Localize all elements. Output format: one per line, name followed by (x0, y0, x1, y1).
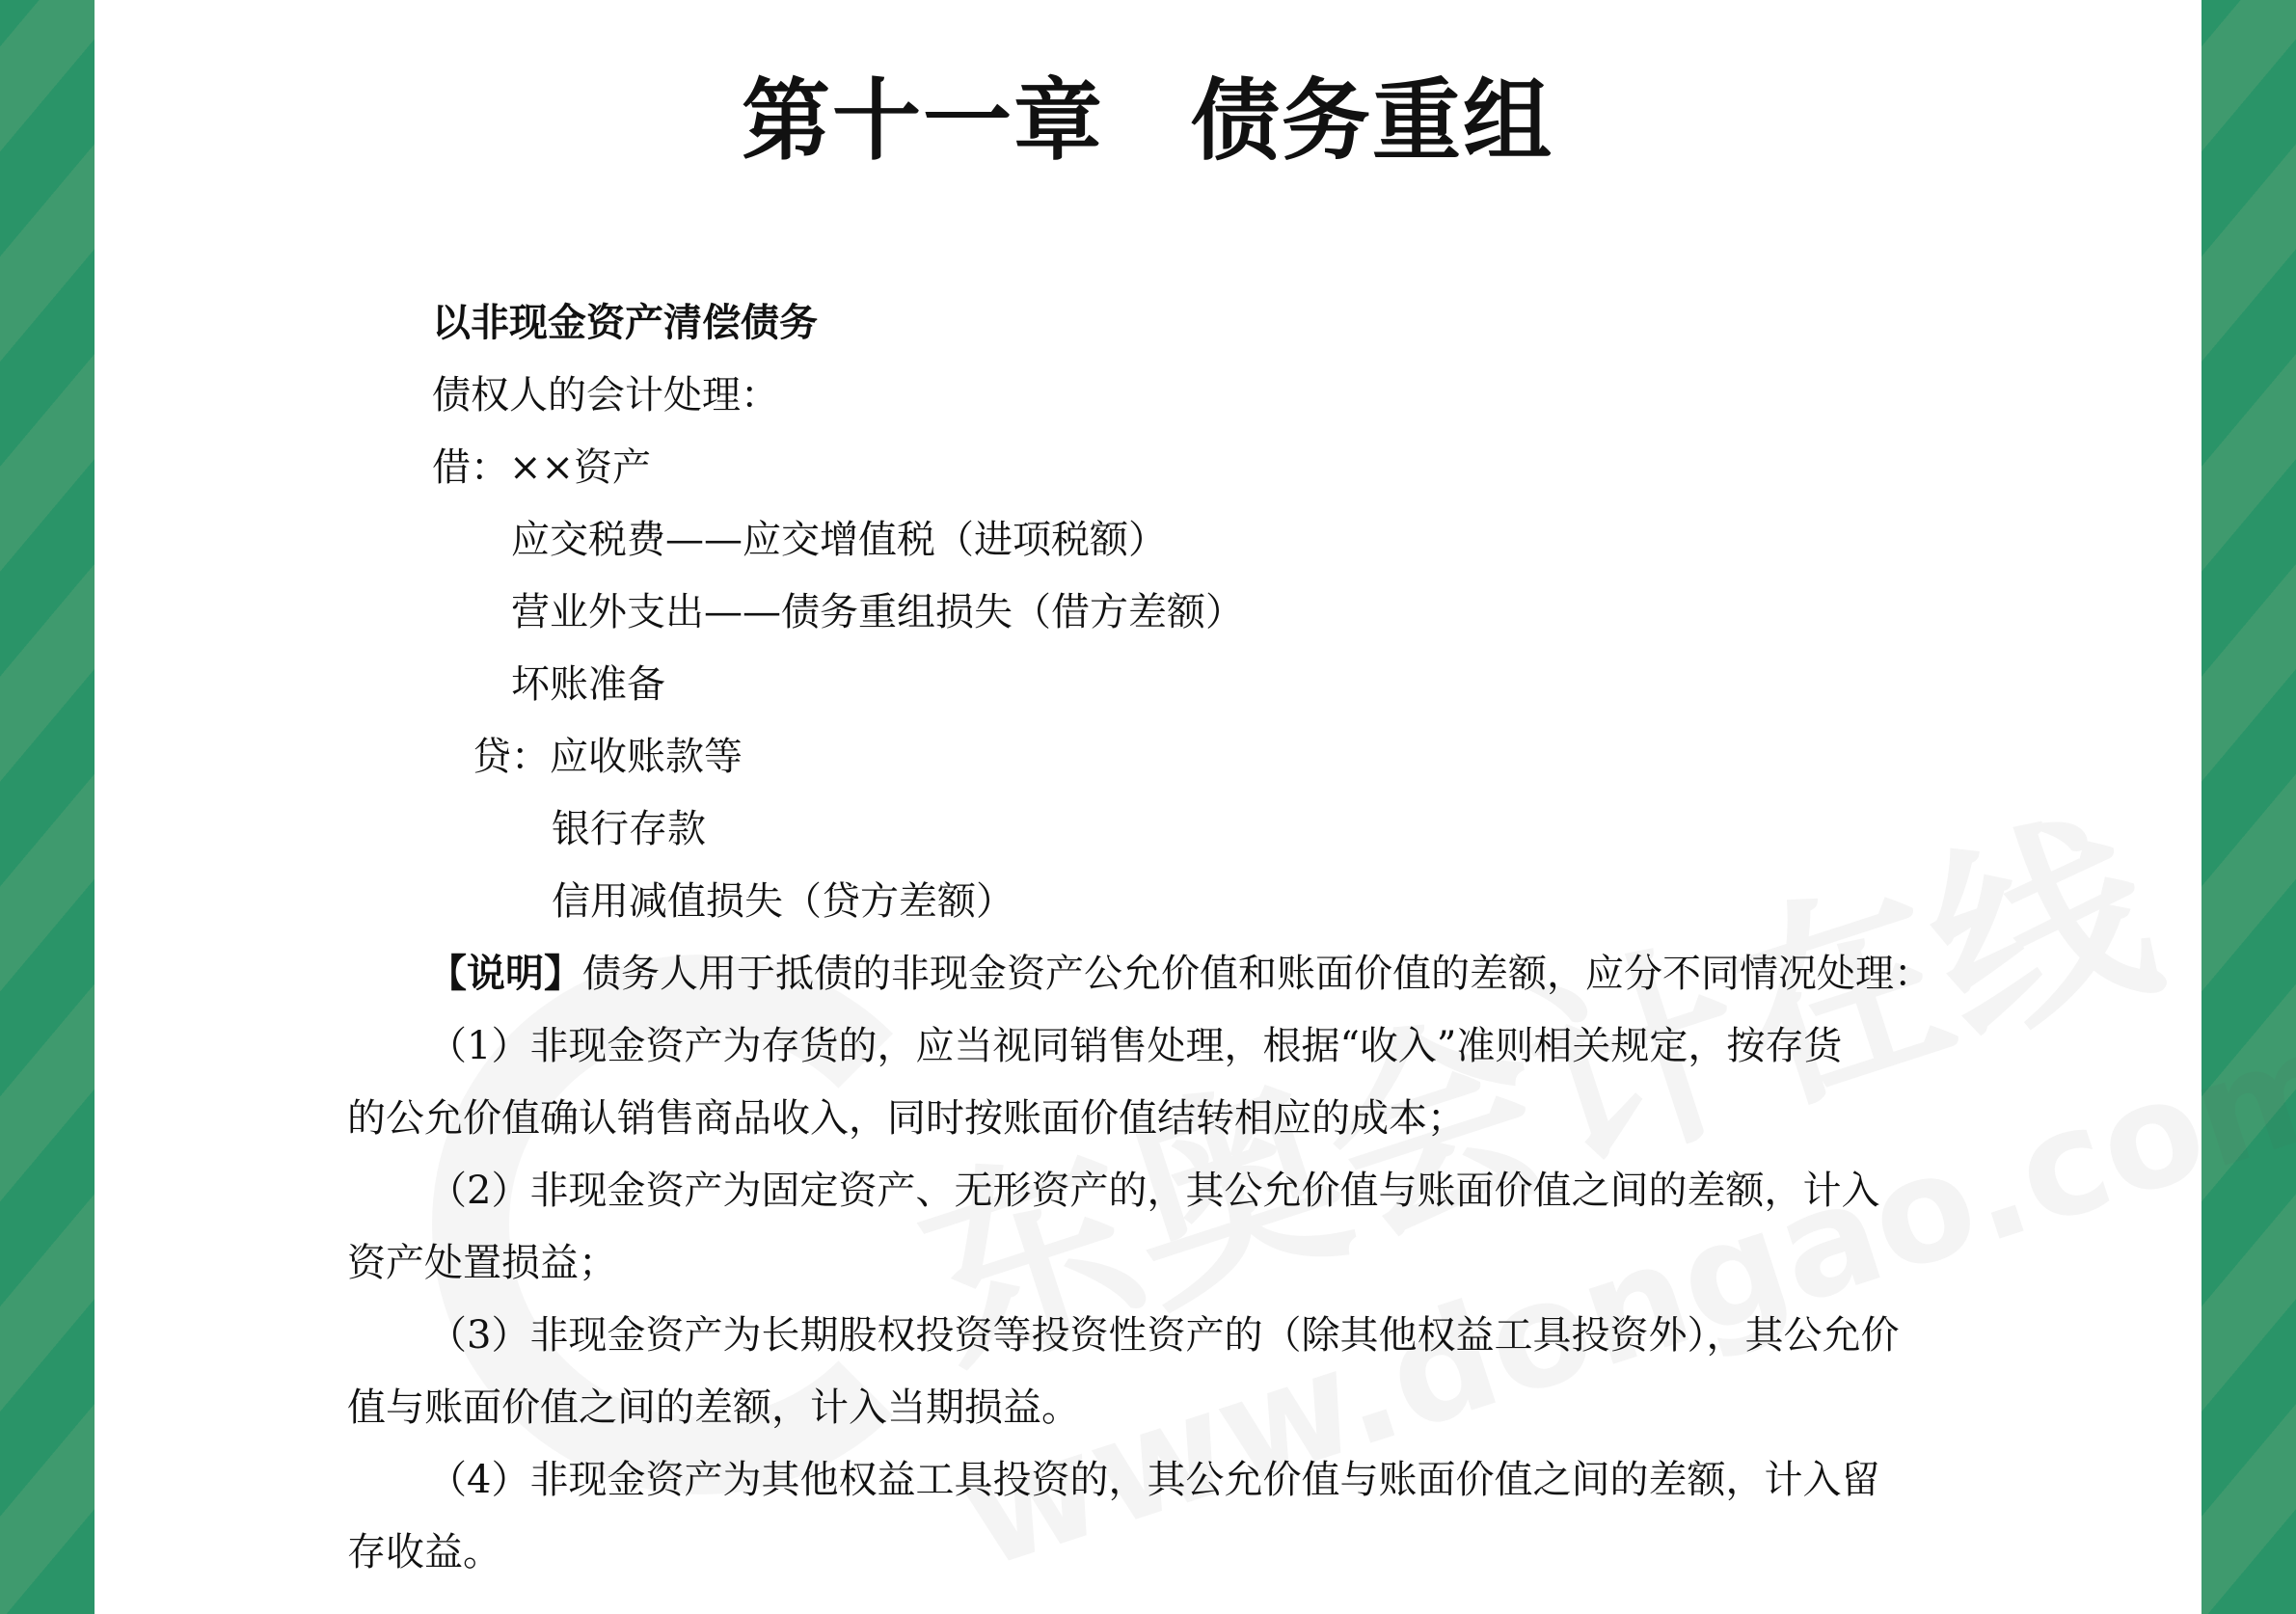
note-item-1-line1: （1）非现金资产为存货的，应当视同销售处理，根据“收入”准则相关规定，按存货 (428, 1022, 1842, 1070)
credit-line: 贷：应收账款等 (473, 733, 743, 781)
chapter-number: 第十一章 (742, 69, 1104, 173)
watermark-url: www.dongao.com (943, 996, 2296, 1601)
credit-label: 贷： (473, 735, 550, 779)
credit-item: 信用减值损失（贷方差额） (552, 877, 1014, 926)
debit-item: ××资产 (509, 445, 651, 490)
note-item-2-line2: 资产处置损益； (347, 1239, 617, 1287)
note-item-4-line2: 存收益。 (347, 1528, 501, 1576)
document-page: 东奥会计在线 www.dongao.com 第十一章债务重组 以非现金资产清偿债… (95, 0, 2201, 1614)
right-green-border (2201, 0, 2296, 1614)
section-title: 以非现金资产清偿债务 (432, 299, 818, 347)
chapter-title: 第十一章债务重组 (95, 50, 2201, 177)
debit-item: 坏账准备 (511, 660, 665, 709)
note-item-4-line1: （4）非现金资产为其他权益工具投资的，其公允价值与账面价值之间的差额，计入留 (428, 1456, 1879, 1504)
note-item-2-line1: （2）非现金资产为固定资产、无形资产的，其公允价值与账面价值之间的差额，计入 (428, 1167, 1879, 1215)
left-green-border (0, 0, 95, 1614)
debit-item: 营业外支出——债务重组损失（借方差额） (511, 588, 1244, 636)
note-item-1-line2: 的公允价值确认销售商品收入，同时按账面价值结转相应的成本； (347, 1094, 1466, 1143)
credit-item: 银行存款 (552, 805, 706, 853)
credit-item: 应收账款等 (550, 735, 743, 779)
note-item-3-line1: （3）非现金资产为长期股权投资等投资性资产的（除其他权益工具投资外），其公允价 (428, 1311, 1899, 1359)
chapter-name: 债务重组 (1191, 69, 1553, 173)
note-item-3-line2: 值与账面价值之间的差额，计入当期损益。 (347, 1384, 1080, 1432)
note-label: 【说明】 (428, 951, 582, 996)
subheading: 债权人的会计处理： (432, 371, 779, 419)
debit-item: 应交税费——应交增值税（进项税额） (511, 516, 1167, 564)
note-text: 债务人用于抵债的非现金资产公允价值和账面价值的差额，应分不同情况处理： (582, 952, 1932, 996)
debit-label: 借： (432, 445, 509, 490)
note-intro: 【说明】债务人用于抵债的非现金资产公允价值和账面价值的差额，应分不同情况处理： (428, 950, 1932, 998)
debit-line: 借：××资产 (432, 444, 651, 492)
